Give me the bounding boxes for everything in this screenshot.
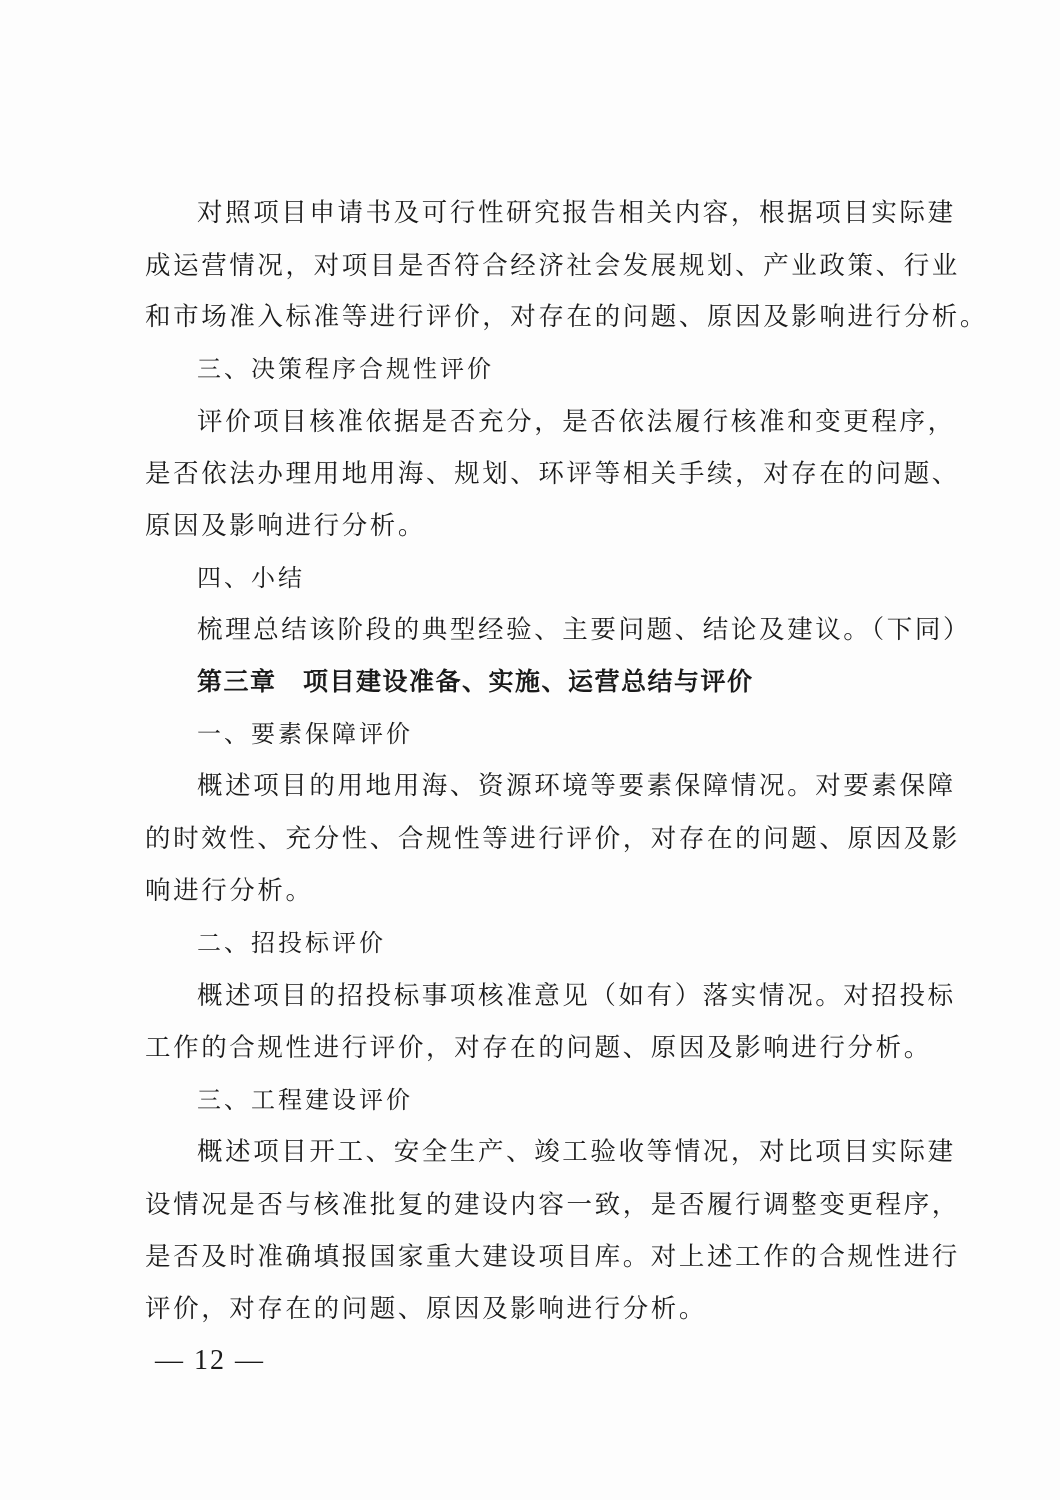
paragraph-line: 梳理总结该阶段的典型经验、主要问题、结论及建议。（下同） xyxy=(197,613,920,647)
paragraph-line: 概述项目的用地用海、资源环境等要素保障情况。对要素保障 xyxy=(197,769,920,803)
paragraph-line: 和市场准入标准等进行评价，对存在的问题、原因及影响进行分析。 xyxy=(145,300,920,334)
paragraph-line: 是否及时准确填报国家重大建设项目库。对上述工作的合规性进行 xyxy=(145,1240,920,1274)
chapter-title: 第三章 项目建设准备、实施、运营总结与评价 xyxy=(197,665,972,699)
paragraph-line: 概述项目开工、安全生产、竣工验收等情况，对比项目实际建 xyxy=(197,1135,920,1169)
section-heading: 三、决策程序合规性评价 xyxy=(197,352,972,386)
section-heading: 二、招投标评价 xyxy=(197,926,972,960)
paragraph-line: 是否依法办理用地用海、规划、环评等相关手续，对存在的问题、 xyxy=(145,457,920,491)
paragraph-line: 对照项目申请书及可行性研究报告相关内容，根据项目实际建 xyxy=(197,196,920,230)
paragraph-line: 设情况是否与核准批复的建设内容一致，是否履行调整变更程序， xyxy=(145,1188,920,1222)
paragraph-line: 的时效性、充分性、合规性等进行评价，对存在的问题、原因及影 xyxy=(145,822,920,856)
paragraph-line: 响进行分析。 xyxy=(145,874,920,908)
paragraph-line: 成运营情况，对项目是否符合经济社会发展规划、产业政策、行业 xyxy=(145,249,920,283)
document-page: 对照项目申请书及可行性研究报告相关内容，根据项目实际建成运营情况，对项目是否符合… xyxy=(0,0,1060,1500)
paragraph-line: 概述项目的招投标事项核准意见（如有）落实情况。对招投标 xyxy=(197,979,920,1013)
section-heading: 一、要素保障评价 xyxy=(197,717,972,751)
section-heading: 四、小结 xyxy=(197,561,972,595)
paragraph-line: 评价项目核准依据是否充分，是否依法履行核准和变更程序， xyxy=(197,405,920,439)
paragraph-line: 工作的合规性进行评价，对存在的问题、原因及影响进行分析。 xyxy=(145,1031,920,1065)
paragraph-line: 原因及影响进行分析。 xyxy=(145,509,920,543)
paragraph-line: 评价，对存在的问题、原因及影响进行分析。 xyxy=(145,1292,920,1326)
section-heading: 三、工程建设评价 xyxy=(197,1083,972,1117)
page-number: — 12 — xyxy=(155,1344,265,1378)
